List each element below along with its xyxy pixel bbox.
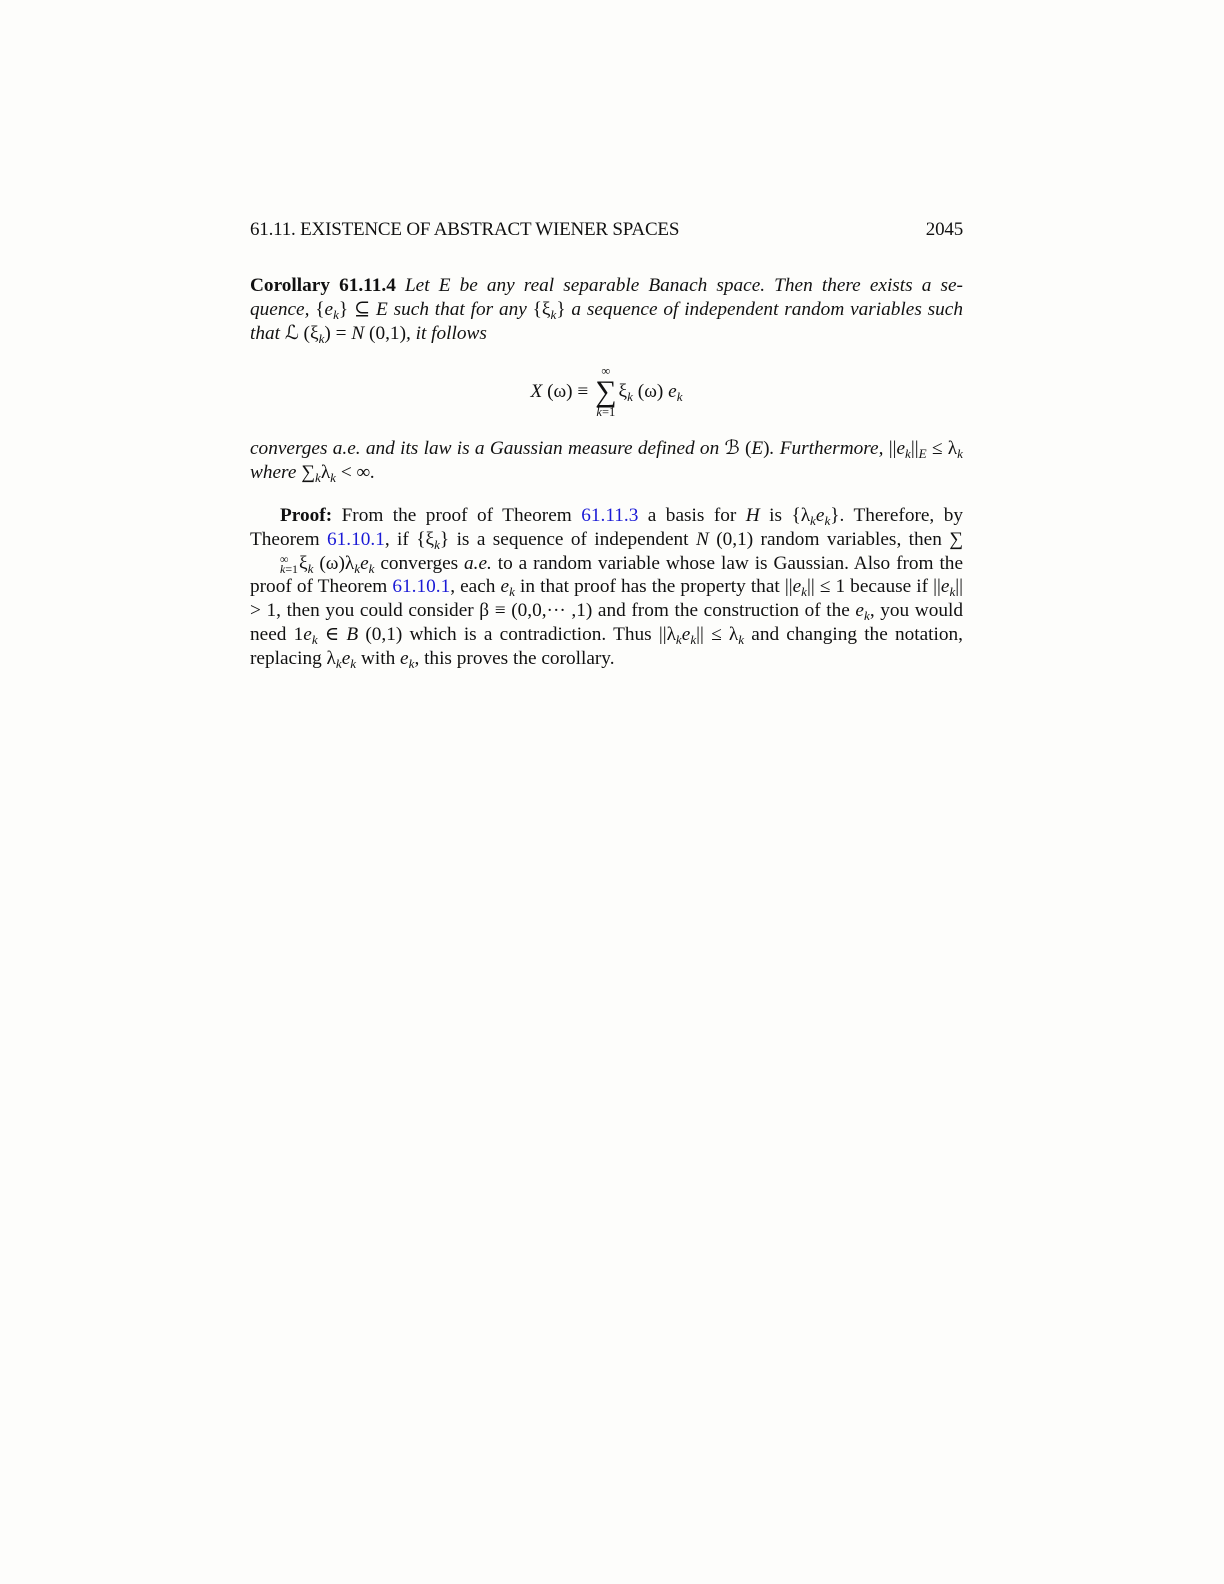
theorem-link-61-10-1[interactable]: 61.10.1 [327, 529, 385, 550]
theorem-link-61-11-3[interactable]: 61.11.3 [581, 505, 638, 526]
corollary-statement: Corollary 61.11.4 Let E be any real sepa… [250, 274, 963, 345]
summation-symbol: ∞ ∑ k=1 [595, 365, 616, 419]
section-title: 61.11. EXISTENCE OF ABSTRACT WIENER SPAC… [250, 219, 679, 241]
page-number: 2045 [926, 219, 963, 241]
corollary-statement-tail: converges a.e. and its law is a Gaussian… [250, 437, 963, 485]
running-header: 61.11. EXISTENCE OF ABSTRACT WIENER SPAC… [250, 219, 963, 241]
theorem-link-61-10-1-second[interactable]: 61.10.1 [392, 576, 450, 597]
proof-label: Proof: [280, 505, 332, 526]
display-equation: X (ω) ≡ ∞ ∑ k=1 ξk (ω) ek [250, 360, 963, 424]
proof-paragraph: Proof: From the proof of Theorem 61.11.3… [250, 504, 963, 671]
corollary-label: Corollary 61.11.4 [250, 275, 396, 296]
